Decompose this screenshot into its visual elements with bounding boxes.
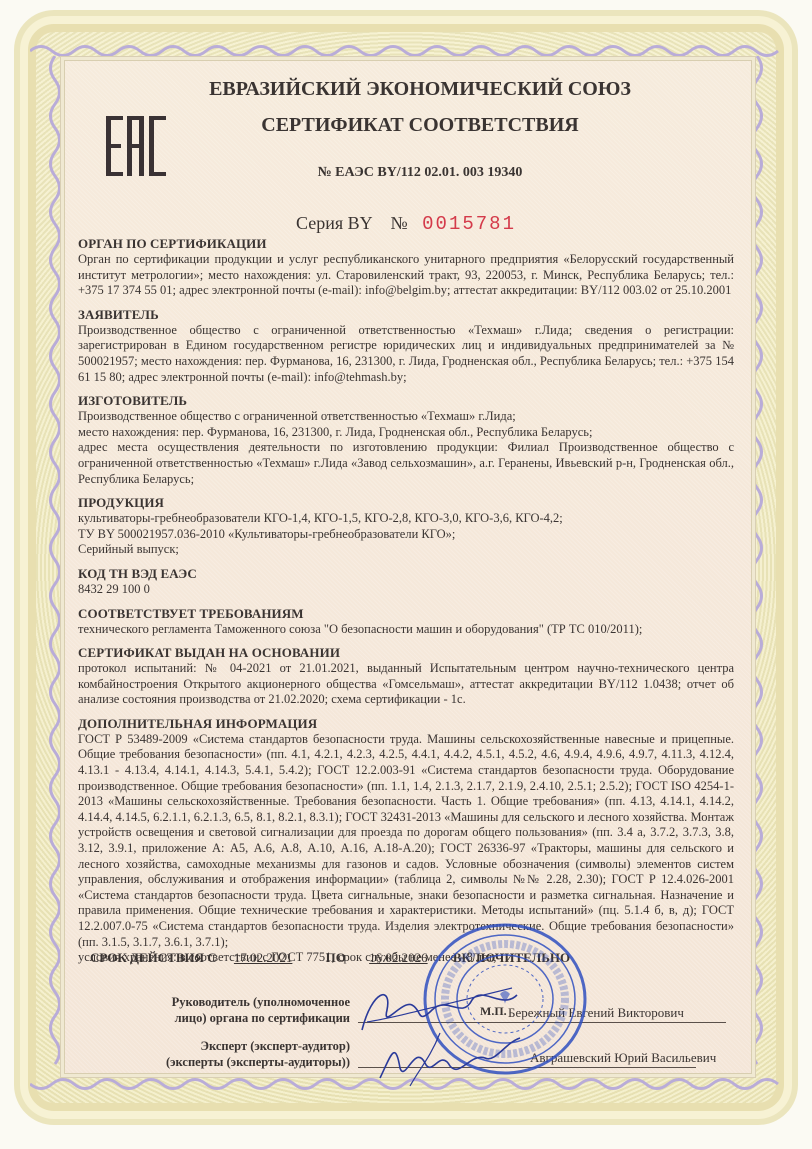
series-line: Серия BY № 0015781	[0, 213, 812, 235]
section-1: ЗАЯВИТЕЛЬПроизводственное общество с огр…	[78, 307, 734, 385]
section-text: ТУ BY 500021957.036-2010 «Культиваторы-г…	[78, 527, 734, 543]
section-heading: ПРОДУКЦИЯ	[78, 495, 734, 511]
validity-to-date: 16.02.2026	[369, 950, 428, 966]
series-number: 0015781	[422, 213, 516, 235]
series-numsign: №	[390, 213, 407, 233]
section-heading: ДОПОЛНИТЕЛЬНАЯ ИНФОРМАЦИЯ	[78, 716, 734, 732]
expert-signatory-label: Эксперт (эксперт-аудитор) (эксперты (экс…	[100, 1038, 350, 1070]
section-text: протокол испытаний: № 04-2021 от 21.01.2…	[78, 661, 734, 708]
section-text: адрес места осуществления деятельности п…	[78, 440, 734, 487]
head-signatory-name: Бережный Евгений Викторович	[508, 1005, 684, 1021]
series-label: Серия BY	[296, 213, 372, 233]
head-signatory-label: Руководитель (уполномоченное лицо) орган…	[100, 994, 350, 1026]
section-heading: ИЗГОТОВИТЕЛЬ	[78, 393, 734, 409]
section-text: Серийный выпуск;	[78, 542, 734, 558]
section-0: ОРГАН ПО СЕРТИФИКАЦИИОрган по сертификац…	[78, 236, 734, 299]
section-heading: СООТВЕТСТВУЕТ ТРЕБОВАНИЯМ	[78, 606, 734, 622]
section-heading: КОД ТН ВЭД ЕАЭС	[78, 566, 734, 582]
expert-signature-line	[358, 1067, 696, 1068]
validity-period: СРОК ДЕЙСТВИЯ С 17.02.2021 ПО 16.02.2026…	[90, 950, 590, 966]
section-5: СООТВЕТСТВУЕТ ТРЕБОВАНИЯМтехнического ре…	[78, 606, 734, 638]
validity-from-label: СРОК ДЕЙСТВИЯ С	[90, 950, 217, 966]
section-text: ГОСТ Р 53489-2009 «Система стандартов бе…	[78, 732, 734, 950]
section-text: Производственное общество с ограниченной…	[78, 409, 734, 425]
section-text: культиваторы-гребнеобразователи КГО-1,4,…	[78, 511, 734, 527]
certificate-body: ОРГАН ПО СЕРТИФИКАЦИИОрган по сертификац…	[78, 236, 734, 974]
section-3: ПРОДУКЦИЯкультиваторы-гребнеобразователи…	[78, 495, 734, 558]
section-text: технического регламента Таможенного союз…	[78, 622, 734, 638]
validity-from-date: 17.02.2021	[234, 950, 293, 966]
certificate-number: № ЕАЭС BY/112 02.01. 003 19340	[14, 165, 812, 181]
stamp-mark-label: М.П.	[480, 1004, 507, 1019]
section-text: 8432 29 100 0	[78, 582, 734, 598]
section-6: СЕРТИФИКАТ ВЫДАН НА ОСНОВАНИИпротокол ис…	[78, 645, 734, 708]
expert-signatory-name: Авграшевский Юрий Васильевич	[530, 1050, 716, 1066]
head-label-line-2: лицо) органа по сертификации	[100, 1010, 350, 1026]
head-label-line-1: Руководитель (уполномоченное	[100, 994, 350, 1010]
expert-label-line-1: Эксперт (эксперт-аудитор)	[100, 1038, 350, 1054]
validity-inclusive: ВКЛЮЧИТЕЛЬНО	[453, 950, 570, 966]
section-4: КОД ТН ВЭД ЕАЭС8432 29 100 0	[78, 566, 734, 598]
section-text: Производственное общество с ограниченной…	[78, 323, 734, 385]
section-text: Орган по сертификации продукции и услуг …	[78, 252, 734, 299]
section-text: место нахождения: пер. Фурманова, 16, 23…	[78, 425, 734, 441]
section-2: ИЗГОТОВИТЕЛЬПроизводственное общество с …	[78, 393, 734, 487]
section-heading: СЕРТИФИКАТ ВЫДАН НА ОСНОВАНИИ	[78, 645, 734, 661]
expert-label-line-2: (эксперты (эксперты-аудиторы))	[100, 1054, 350, 1070]
section-7: ДОПОЛНИТЕЛЬНАЯ ИНФОРМАЦИЯГОСТ Р 53489-20…	[78, 716, 734, 966]
head-signature-line	[358, 1022, 726, 1023]
section-heading: ОРГАН ПО СЕРТИФИКАЦИИ	[78, 236, 734, 252]
document-title: СЕРТИФИКАТ СООТВЕТСТВИЯ	[14, 114, 812, 137]
union-title: ЕВРАЗИЙСКИЙ ЭКОНОМИЧЕСКИЙ СОЮЗ	[14, 78, 812, 101]
validity-to-label: ПО	[326, 950, 346, 966]
section-heading: ЗАЯВИТЕЛЬ	[78, 307, 734, 323]
